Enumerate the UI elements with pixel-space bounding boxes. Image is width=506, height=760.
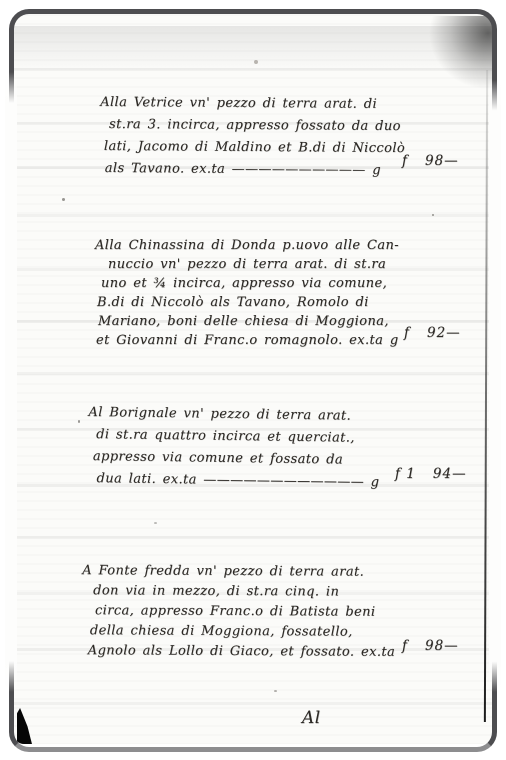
amount-value: 98— xyxy=(425,638,459,654)
scan-shading-top xyxy=(14,26,492,70)
manuscript-scan-view: Alla Vetrice vn' pezzo di terra arat. di… xyxy=(0,0,506,760)
currency-symbol: f xyxy=(404,325,410,341)
currency-symbol: f xyxy=(402,153,408,169)
ink-blot xyxy=(17,708,34,744)
entry-line: st.ra 3. incirca, appresso fossato da du… xyxy=(100,114,405,138)
amount-value: 98— xyxy=(425,153,459,169)
ink-speck xyxy=(62,198,65,201)
scan-streak xyxy=(14,214,492,217)
ledger-entry-1: Alla Vetrice vn' pezzo di terra arat. di… xyxy=(100,92,406,182)
entry-line: Agnolo als Lollo di Giaco, et fossato. e… xyxy=(82,641,395,663)
entry-line: nuccio vn' pezzo di terra arat. di st.ra xyxy=(95,255,399,274)
amount-figure-4: f 98— xyxy=(402,638,459,654)
entry-line: B.di di Niccolò als Tavano, Romolo di xyxy=(95,293,399,312)
amount-figure-1: f 98— xyxy=(402,153,459,169)
amount-figure-2: f 92— xyxy=(404,325,461,341)
ink-speck xyxy=(154,522,157,524)
entry-line: della chiesa di Moggiona, fossatello, xyxy=(82,621,395,643)
amount-value: 94— xyxy=(433,466,467,482)
entry-line: circa, appresso Franc.o di Batista beni xyxy=(82,601,395,623)
ledger-entry-3: Al Borignale vn' pezzo di terra arat. di… xyxy=(87,402,380,494)
entry-line: et Giovanni di Franc.o romagnolo. ex.ta … xyxy=(95,331,399,350)
entry-line: Alla Vetrice vn' pezzo di terra arat. di xyxy=(100,92,405,116)
ink-speck xyxy=(78,420,80,423)
scan-streak xyxy=(14,68,492,71)
ink-speck xyxy=(254,60,258,64)
entry-line: A Fonte fredda vn' pezzo di terra arat. xyxy=(82,561,395,583)
currency-symbol: f 1 xyxy=(395,466,416,482)
entry-line: als Tavano. ex.ta —————————— g xyxy=(100,158,405,182)
catchword: Al xyxy=(302,708,321,728)
corner-smudge xyxy=(424,16,492,94)
ink-speck xyxy=(432,214,434,216)
entry-line: uno et ¾ incirca, appresso via comune, xyxy=(95,274,399,293)
ink-speck xyxy=(274,690,277,692)
scan-streak xyxy=(14,372,492,375)
manuscript-page: Alla Vetrice vn' pezzo di terra arat. di… xyxy=(14,14,492,744)
entry-line: lati, Jacomo di Maldino et B.di di Nicco… xyxy=(100,136,405,160)
currency-symbol: f xyxy=(402,638,408,654)
entry-line: Mariano, boni delle chiesa di Moggiona, xyxy=(95,312,399,331)
entry-line: don via in mezzo, di st.ra cinq. in xyxy=(82,581,395,603)
ledger-entry-2: Alla Chinassina di Donda p.uovo alle Can… xyxy=(95,236,399,350)
ledger-entry-4: A Fonte fredda vn' pezzo di terra arat. … xyxy=(82,561,396,663)
entry-line: Alla Chinassina di Donda p.uovo alle Can… xyxy=(95,236,399,255)
amount-figure-3: f 1 94— xyxy=(395,466,467,482)
scan-streak xyxy=(14,702,492,705)
entry-line: dua lati. ex.ta ———————————— g xyxy=(87,468,379,494)
scan-streak xyxy=(14,536,492,539)
amount-value: 92— xyxy=(427,325,461,341)
